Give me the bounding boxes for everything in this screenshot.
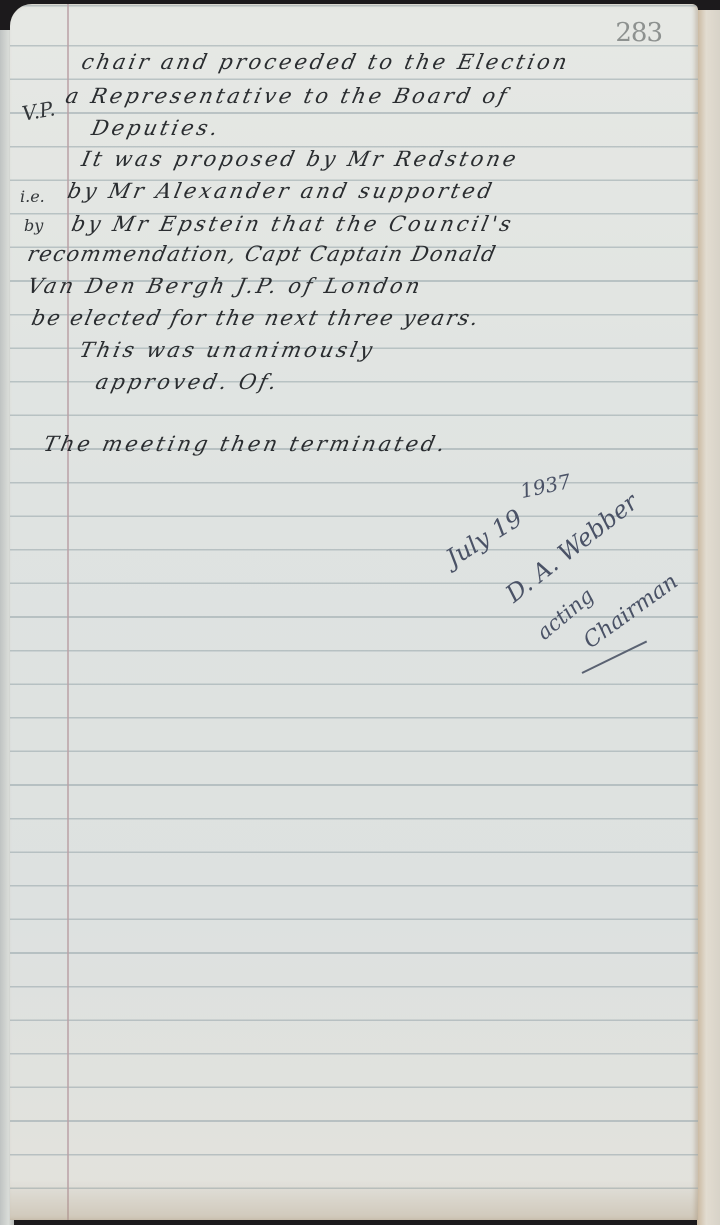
page-bottom-shadow [10, 1180, 698, 1220]
handwritten-line: chair and proceeded to the Election [79, 50, 572, 74]
page-number: 283 [615, 18, 662, 48]
minute-book-page: 283 V.P. i.e. by chair and proceeded to … [10, 4, 698, 1220]
handwritten-line: approved. Of. [93, 370, 281, 394]
handwritten-line: This was unanimously [77, 338, 377, 362]
handwritten-line: recommendation, Capt Captain Donald [25, 242, 499, 266]
margin-note: i.e. [20, 187, 45, 206]
handwritten-line: a Representative to the Board of [63, 84, 511, 108]
facing-page-edge [697, 10, 720, 1225]
handwritten-line: by Mr Epstein that the Council's [69, 212, 516, 236]
handwritten-line: by Mr Alexander and supported [65, 179, 496, 203]
handwritten-line: Deputies. [89, 116, 222, 140]
handwritten-line: Van Den Bergh J.P. of London [25, 274, 425, 298]
margin-note: by [24, 216, 43, 235]
handwritten-line: The meeting then terminated. [41, 432, 449, 456]
handwritten-line: be elected for the next three years. [29, 306, 482, 330]
handwritten-line: It was proposed by Mr Redstone [79, 147, 521, 171]
